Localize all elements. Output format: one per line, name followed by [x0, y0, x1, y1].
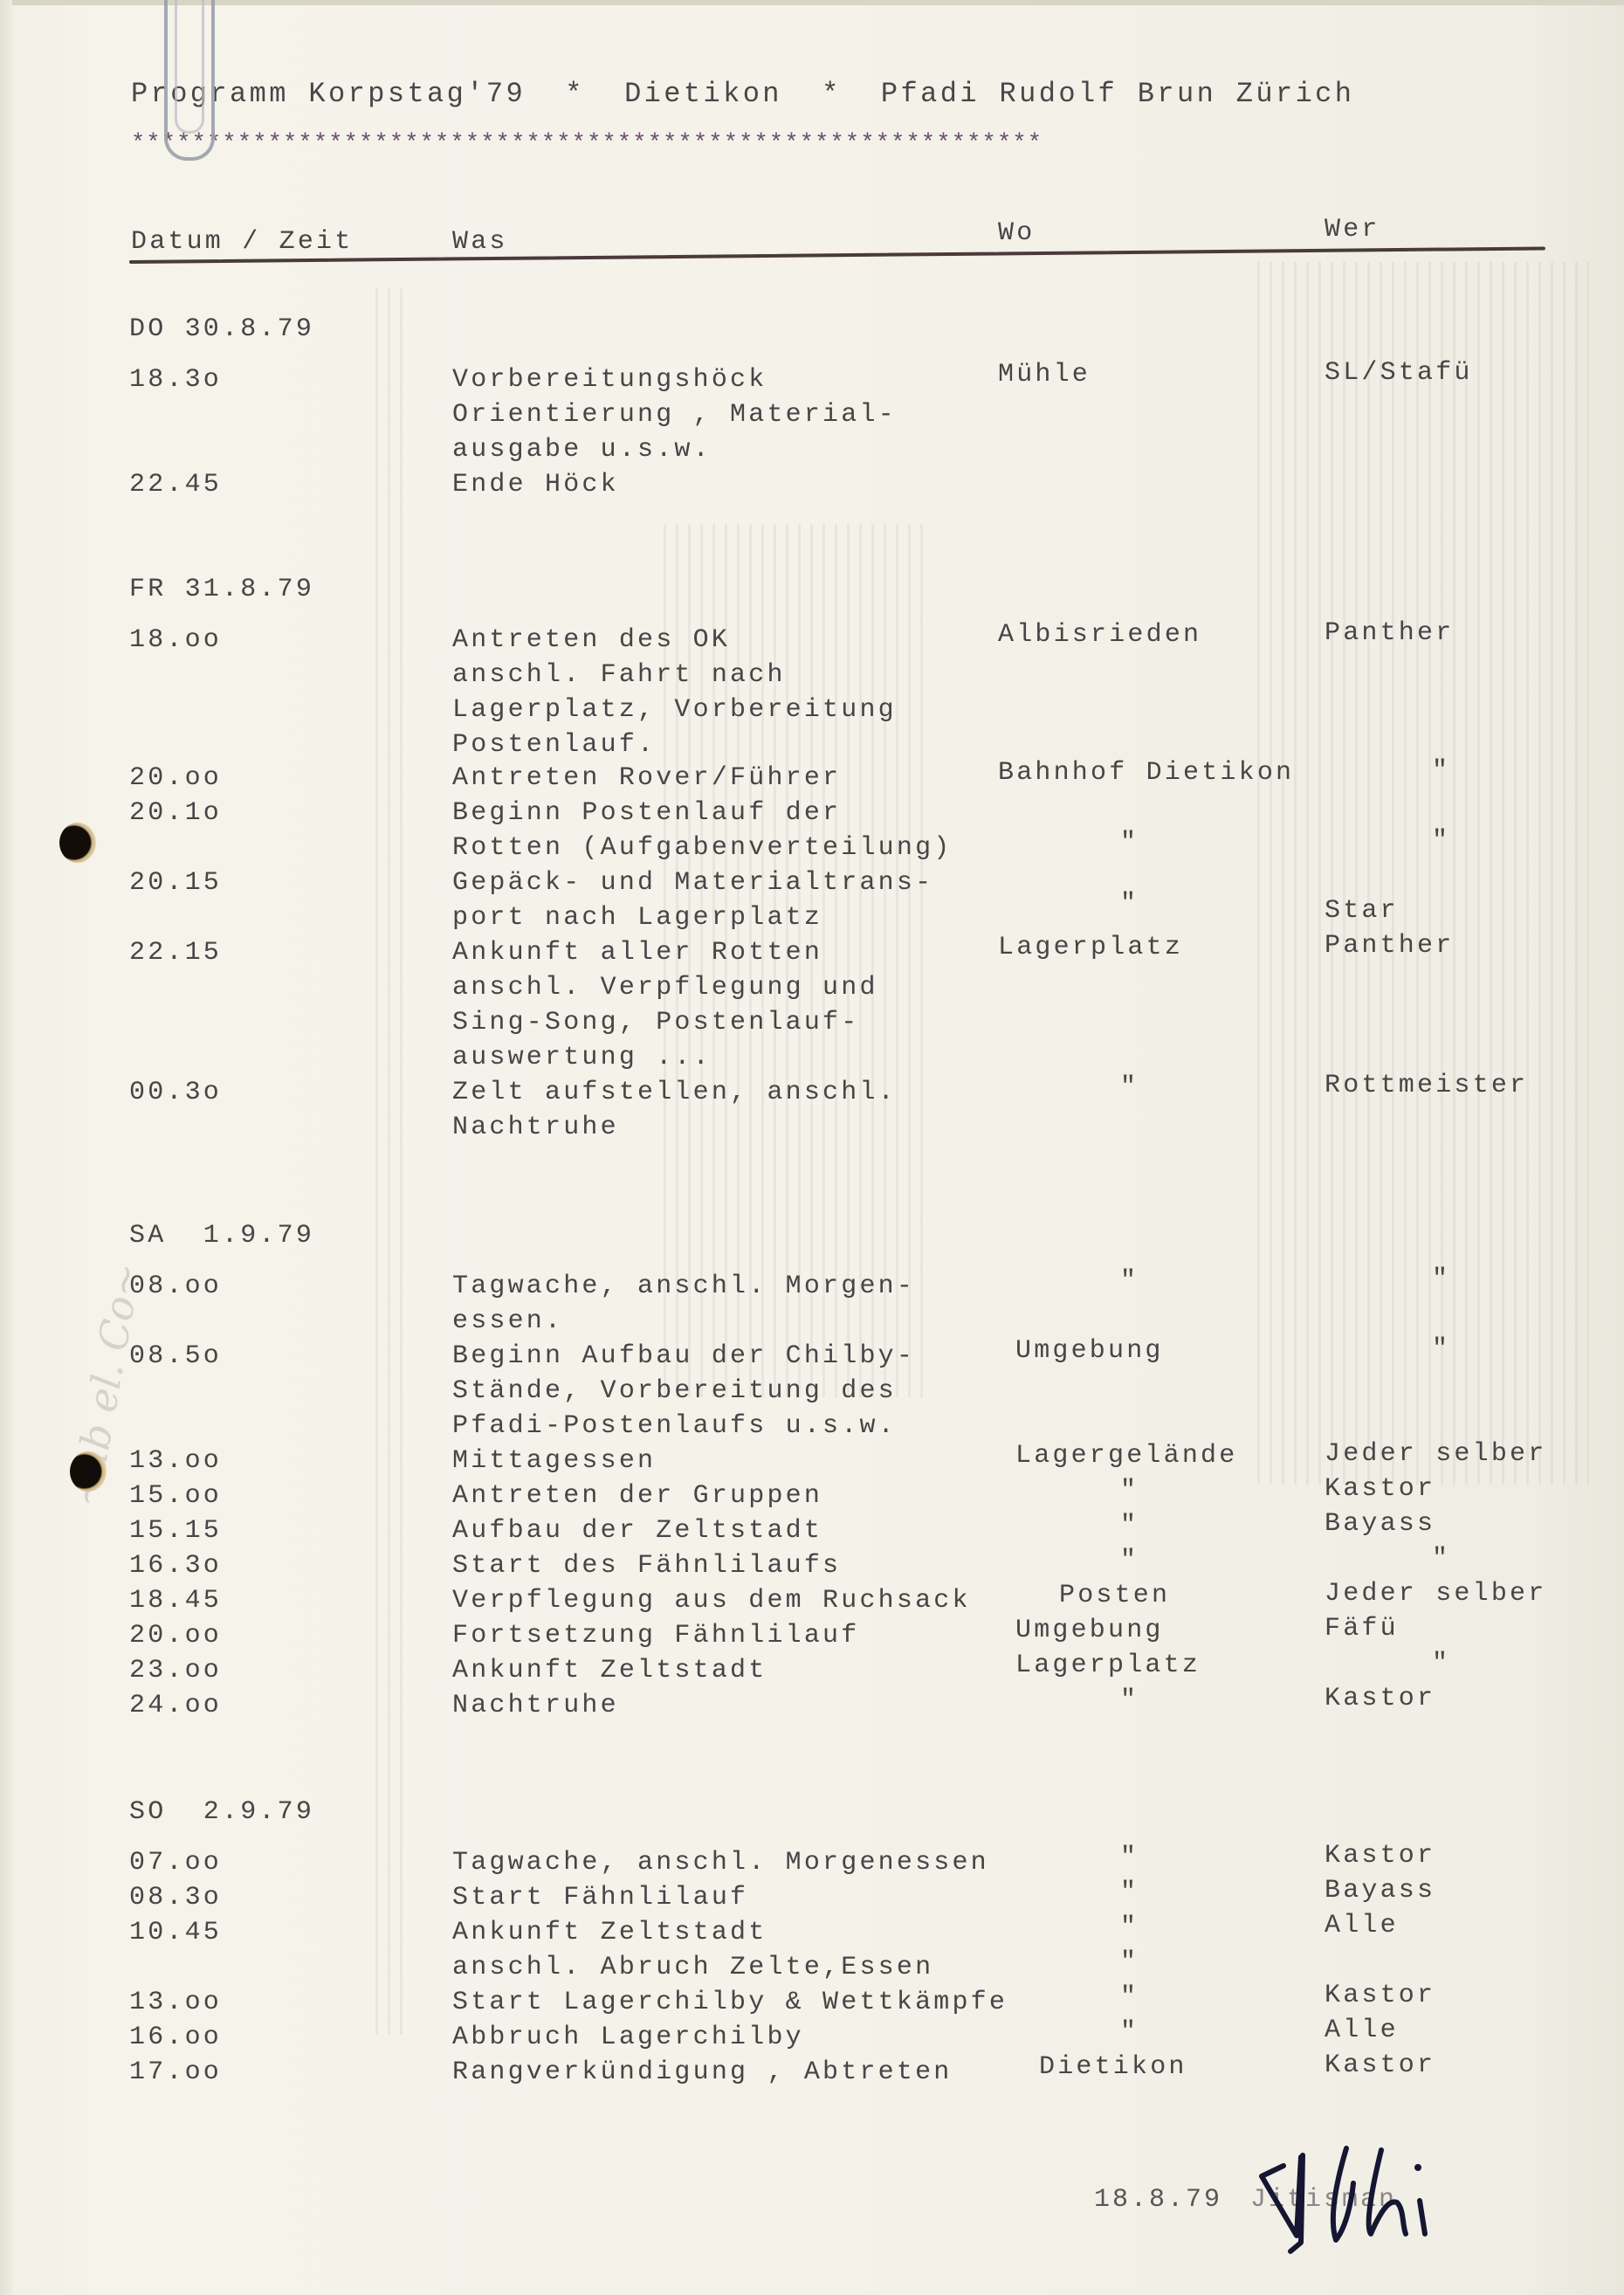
row-responsible: Kastor [1325, 1685, 1435, 1712]
row-time: 07.oo [129, 1850, 222, 1876]
show-through-bleed [1257, 262, 1589, 1485]
row-activity: Nachtruhe [452, 1692, 619, 1719]
row-location: " [1120, 1268, 1139, 1294]
row-activity: Ende Höck [452, 472, 619, 498]
day-label: SA 1.9.79 [129, 1223, 314, 1249]
row-activity: Start Lagerchilby & Wettkämpfe [452, 1989, 1008, 2016]
row-time: 00.3o [129, 1079, 222, 1106]
row-activity: Zelt aufstellen, anschl. [452, 1079, 897, 1106]
row-time: 08.5o [129, 1343, 222, 1369]
row-time: 16.oo [129, 2024, 222, 2050]
row-activity: Ankunft Zeltstadt [452, 1919, 767, 1946]
row-location: " [1120, 1687, 1139, 1713]
paper-top-edge [0, 0, 1624, 5]
row-activity: Beginn Postenlauf der [452, 800, 841, 826]
row-activity: Tagwache, anschl. Morgenessen [452, 1850, 989, 1876]
row-activity: Stände, Vorbereitung des [452, 1378, 897, 1404]
row-location: " [1120, 1513, 1139, 1539]
row-time: 15.oo [129, 1483, 222, 1509]
row-time: 18.oo [129, 627, 222, 653]
row-activity: Sing-Song, Postenlauf- [452, 1010, 859, 1036]
row-responsible: " [1432, 1336, 1450, 1362]
row-responsible: " [1432, 828, 1450, 854]
row-location: Dietikon [1039, 2054, 1187, 2080]
row-activity: Pfadi-Postenlaufs u.s.w. [452, 1413, 897, 1439]
row-location: Umgebung [1015, 1617, 1164, 1644]
row-responsible: Jeder selber [1325, 1581, 1546, 1607]
row-responsible: Kastor [1325, 2052, 1435, 2078]
row-location: " [1120, 1478, 1139, 1504]
row-activity: anschl. Abruch Zelte,Essen [452, 1954, 933, 1981]
row-time: 10.45 [129, 1919, 222, 1946]
row-time: 15.15 [129, 1518, 222, 1544]
row-activity: port nach Lagerplatz [452, 905, 822, 931]
row-activity: Antreten des OK [452, 627, 730, 653]
signature-date: 18.8.79 [1094, 2185, 1222, 2215]
row-responsible: " [1432, 1266, 1450, 1292]
row-time: 24.oo [129, 1692, 222, 1719]
row-location: " [1120, 891, 1139, 917]
row-location: Lagerplatz [998, 934, 1183, 961]
row-location: " [1120, 2019, 1139, 2045]
row-activity: ausgabe u.s.w. [452, 437, 712, 463]
row-activity: Start des Fähnlilaufs [452, 1553, 841, 1579]
row-activity: essen. [452, 1308, 563, 1334]
row-activity: Vorbereitungshöck [452, 367, 767, 393]
row-activity: Fortsetzung Fähnlilauf [452, 1623, 859, 1649]
column-header-where: Wo [998, 220, 1035, 246]
column-header-time: Datum / Zeit [131, 229, 353, 255]
row-activity: Tagwache, anschl. Morgen- [452, 1273, 915, 1299]
row-activity: Start Fähnlilauf [452, 1885, 748, 1911]
row-activity: Verpflegung aus dem Ruchsack [452, 1588, 971, 1614]
row-location: Lagerplatz [1015, 1652, 1201, 1678]
row-activity: Ankunft Zeltstadt [452, 1657, 767, 1684]
show-through-bleed [375, 288, 410, 2035]
row-time: 13.oo [129, 1989, 222, 2016]
row-location: " [1120, 1914, 1139, 1940]
day-label: FR 31.8.79 [129, 576, 314, 603]
row-responsible: Star [1325, 898, 1399, 924]
row-time: 16.3o [129, 1553, 222, 1579]
row-location: " [1120, 830, 1139, 856]
row-time: 20.oo [129, 1623, 222, 1649]
row-activity: Ankunft aller Rotten [452, 940, 822, 966]
row-location: " [1120, 1879, 1139, 1906]
row-responsible: " [1432, 1546, 1450, 1572]
paper-clip-inner [175, 0, 204, 134]
row-responsible: Jeder selber [1325, 1441, 1546, 1467]
row-time: 20.oo [129, 765, 222, 791]
row-time: 17.oo [129, 2059, 222, 2085]
row-activity: anschl. Verpflegung und [452, 975, 878, 1001]
day-label: SO 2.9.79 [129, 1799, 314, 1825]
row-time: 08.oo [129, 1273, 222, 1299]
row-location: " [1120, 1074, 1139, 1100]
row-time: 23.oo [129, 1657, 222, 1684]
row-activity: Rangverkündigung , Abtreten [452, 2059, 952, 2085]
row-time: 20.1o [129, 800, 222, 826]
day-label: DO 30.8.79 [129, 316, 314, 342]
row-activity: Postenlauf. [452, 732, 656, 758]
row-responsible: Fäfü [1325, 1616, 1399, 1642]
row-activity: Nachtruhe [452, 1114, 619, 1141]
row-activity: Rotten (Aufgabenverteilung) [452, 835, 952, 861]
row-time: 18.3o [129, 367, 222, 393]
row-responsible: Bayass [1325, 1511, 1435, 1537]
row-time: 22.45 [129, 472, 222, 498]
page-title: Programm Korpstag'79 * Dietikon * Pfadi … [131, 80, 1354, 108]
row-activity: auswertung ... [452, 1044, 712, 1071]
row-activity: Beginn Aufbau der Chilby- [452, 1343, 915, 1369]
row-location: " [1120, 1547, 1139, 1574]
row-responsible: Panther [1325, 933, 1454, 959]
row-location: " [1120, 1984, 1139, 2010]
row-location: Albisrieden [998, 622, 1201, 648]
row-activity: Lagerplatz, Vorbereitung [452, 697, 897, 723]
row-activity: Abbruch Lagerchilby [452, 2024, 804, 2050]
punch-hole [70, 1451, 107, 1492]
punch-hole [59, 823, 96, 863]
handwritten-signature-icon [1249, 2131, 1458, 2262]
row-time: 22.15 [129, 940, 222, 966]
row-responsible: Rottmeister [1325, 1072, 1528, 1099]
row-activity: Mittagessen [452, 1448, 656, 1474]
row-responsible: SL/Stafü [1325, 360, 1473, 386]
row-activity: Antreten der Gruppen [452, 1483, 822, 1509]
row-responsible: Kastor [1325, 1476, 1435, 1502]
row-responsible: Kastor [1325, 1843, 1435, 1869]
row-responsible: " [1432, 1651, 1450, 1677]
row-time: 18.45 [129, 1588, 222, 1614]
paper-left-edge [0, 0, 12, 2295]
column-header-who: Wer [1325, 217, 1380, 243]
row-activity: anschl. Fahrt nach [452, 662, 786, 688]
row-location: Posten [1059, 1582, 1170, 1609]
row-activity: Aufbau der Zeltstadt [452, 1518, 822, 1544]
row-location: Lagergelände [1015, 1443, 1237, 1469]
row-activity: Antreten Rover/Führer [452, 765, 841, 791]
row-activity: Gepäck- und Materialtrans- [452, 870, 933, 896]
row-location: " [1120, 1844, 1139, 1871]
row-activity: Orientierung , Material- [452, 402, 897, 428]
row-responsible: Alle [1325, 1912, 1399, 1939]
row-responsible: Bayass [1325, 1878, 1435, 1904]
row-location: Mühle [998, 362, 1091, 388]
row-location: Bahnhof Dietikon [998, 760, 1294, 786]
asterisk-separator: ****************************************… [131, 131, 1043, 157]
row-responsible: " [1432, 758, 1450, 784]
row-time: 13.oo [129, 1448, 222, 1474]
row-time: 20.15 [129, 870, 222, 896]
row-responsible: Kastor [1325, 1982, 1435, 2009]
row-time: 08.3o [129, 1885, 222, 1911]
row-location: Umgebung [1015, 1338, 1164, 1364]
row-responsible: Panther [1325, 620, 1454, 646]
row-responsible: Alle [1325, 2017, 1399, 2043]
row-location: " [1120, 1949, 1139, 1975]
column-header-what: Was [452, 229, 508, 255]
